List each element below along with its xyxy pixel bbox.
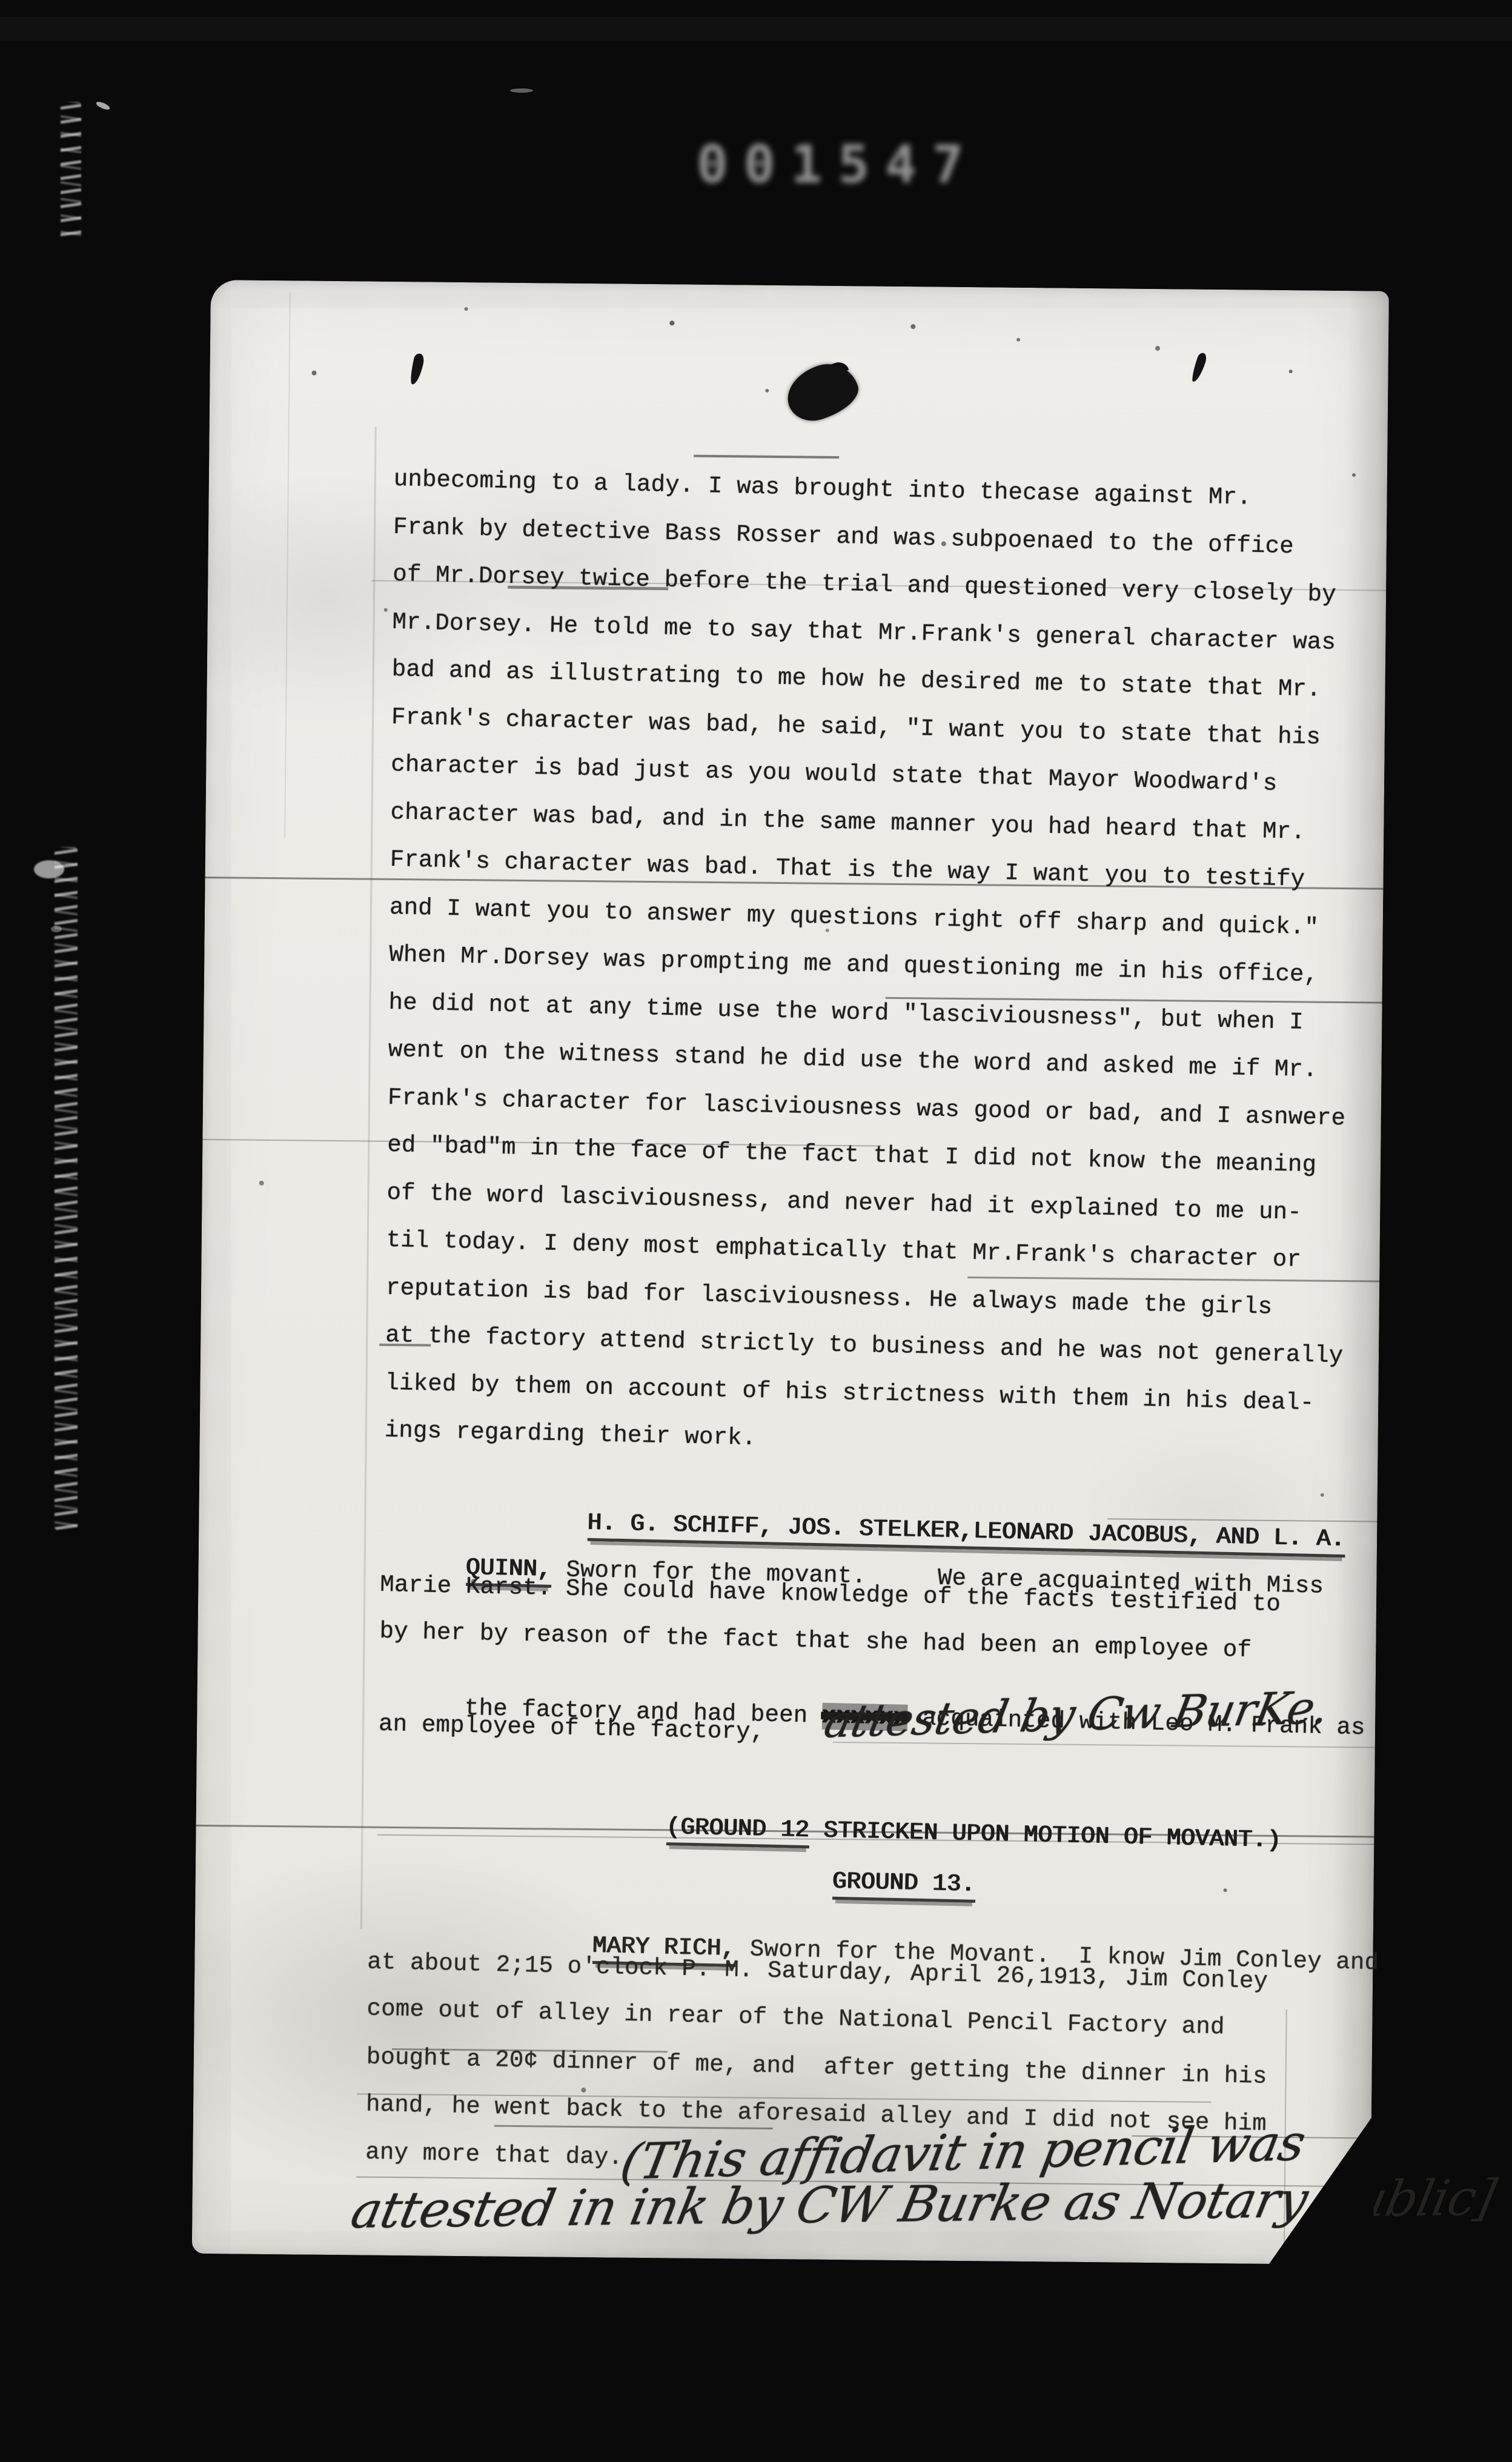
typed-line: Mr.Dorsey. He told me to say that Mr.Fra… [392,608,1336,657]
affidavit-document-page: unbecoming to a lady. I was brought into… [192,280,1389,2265]
typed-line: reputation is bad for lasciviousness. He… [386,1274,1273,1321]
typed-line: of Mr.Dorsey twice before the trial and … [393,560,1336,609]
page-specks [211,280,213,282]
typed-line: character is bad just as you would state… [391,751,1278,798]
typed-line: bad and as illustrating to me how he des… [391,655,1321,703]
film-speckle-streak [55,847,78,1530]
typed-line: Frank's character was bad, he said, "I w… [391,703,1321,751]
fold-line [284,293,291,838]
page-corner-shadow [1267,2112,1374,2268]
typed-line: When Mr.Dorsey was prompting me and ques… [389,941,1319,989]
typed-line: come out of alley in rear of the Nationa… [366,1995,1225,2042]
ground-13-label: GROUND 13. [832,1868,976,1903]
typed-line: bought a 20¢ dinner of me, and after get… [366,2043,1267,2091]
typed-line: ings regarding their work. [384,1416,757,1452]
ink-mark [1190,352,1208,383]
frame-number-stamp: 001547 [697,134,980,195]
typed-line: liked by them on account of his strictne… [385,1369,1315,1417]
typed-line: any more that day. [365,2138,623,2172]
typed-line: went on the witness stand he did use the… [388,1036,1318,1084]
typed-line: by her by reason of the fact that she ha… [379,1618,1252,1664]
typed-line: Frank by detective Bass Rosser and was s… [393,513,1295,560]
typed-line: and I want you to answer my questions ri… [390,894,1319,941]
white-fleck [34,860,64,878]
ink-mark [408,353,425,385]
white-fleck [95,101,111,111]
microfilm-scan-frame: 001547 unbecoming to a lady. I was broug… [0,0,1512,2462]
typed-line: he did not at any time use the word "las… [388,989,1304,1037]
typed-line: of the word lasciviousness, and never ha… [386,1179,1302,1227]
fold-line [360,427,377,1929]
typed-line: Frank's character for lasciviousness was… [388,1084,1346,1132]
film-scratch-line [694,455,839,459]
film-speckle-streak [61,102,81,240]
white-fleck [51,926,62,932]
white-fleck [510,88,533,93]
film-light-band [0,17,1512,41]
typed-line: unbecoming to a lady. I was brought into… [393,465,1252,512]
film-scratch-line [967,1276,1379,1282]
typed-line: til today. I deny most emphatically that… [386,1226,1301,1274]
typed-line: ed "bad"m in the face of the fact that I… [387,1131,1317,1179]
typed-line: at the factory attend strictly to busine… [385,1321,1344,1370]
typed-line: character was bad, and in the same manne… [390,798,1305,846]
typed-line: Frank's character was bad. That is the w… [390,846,1305,894]
ink-blot [780,356,864,427]
